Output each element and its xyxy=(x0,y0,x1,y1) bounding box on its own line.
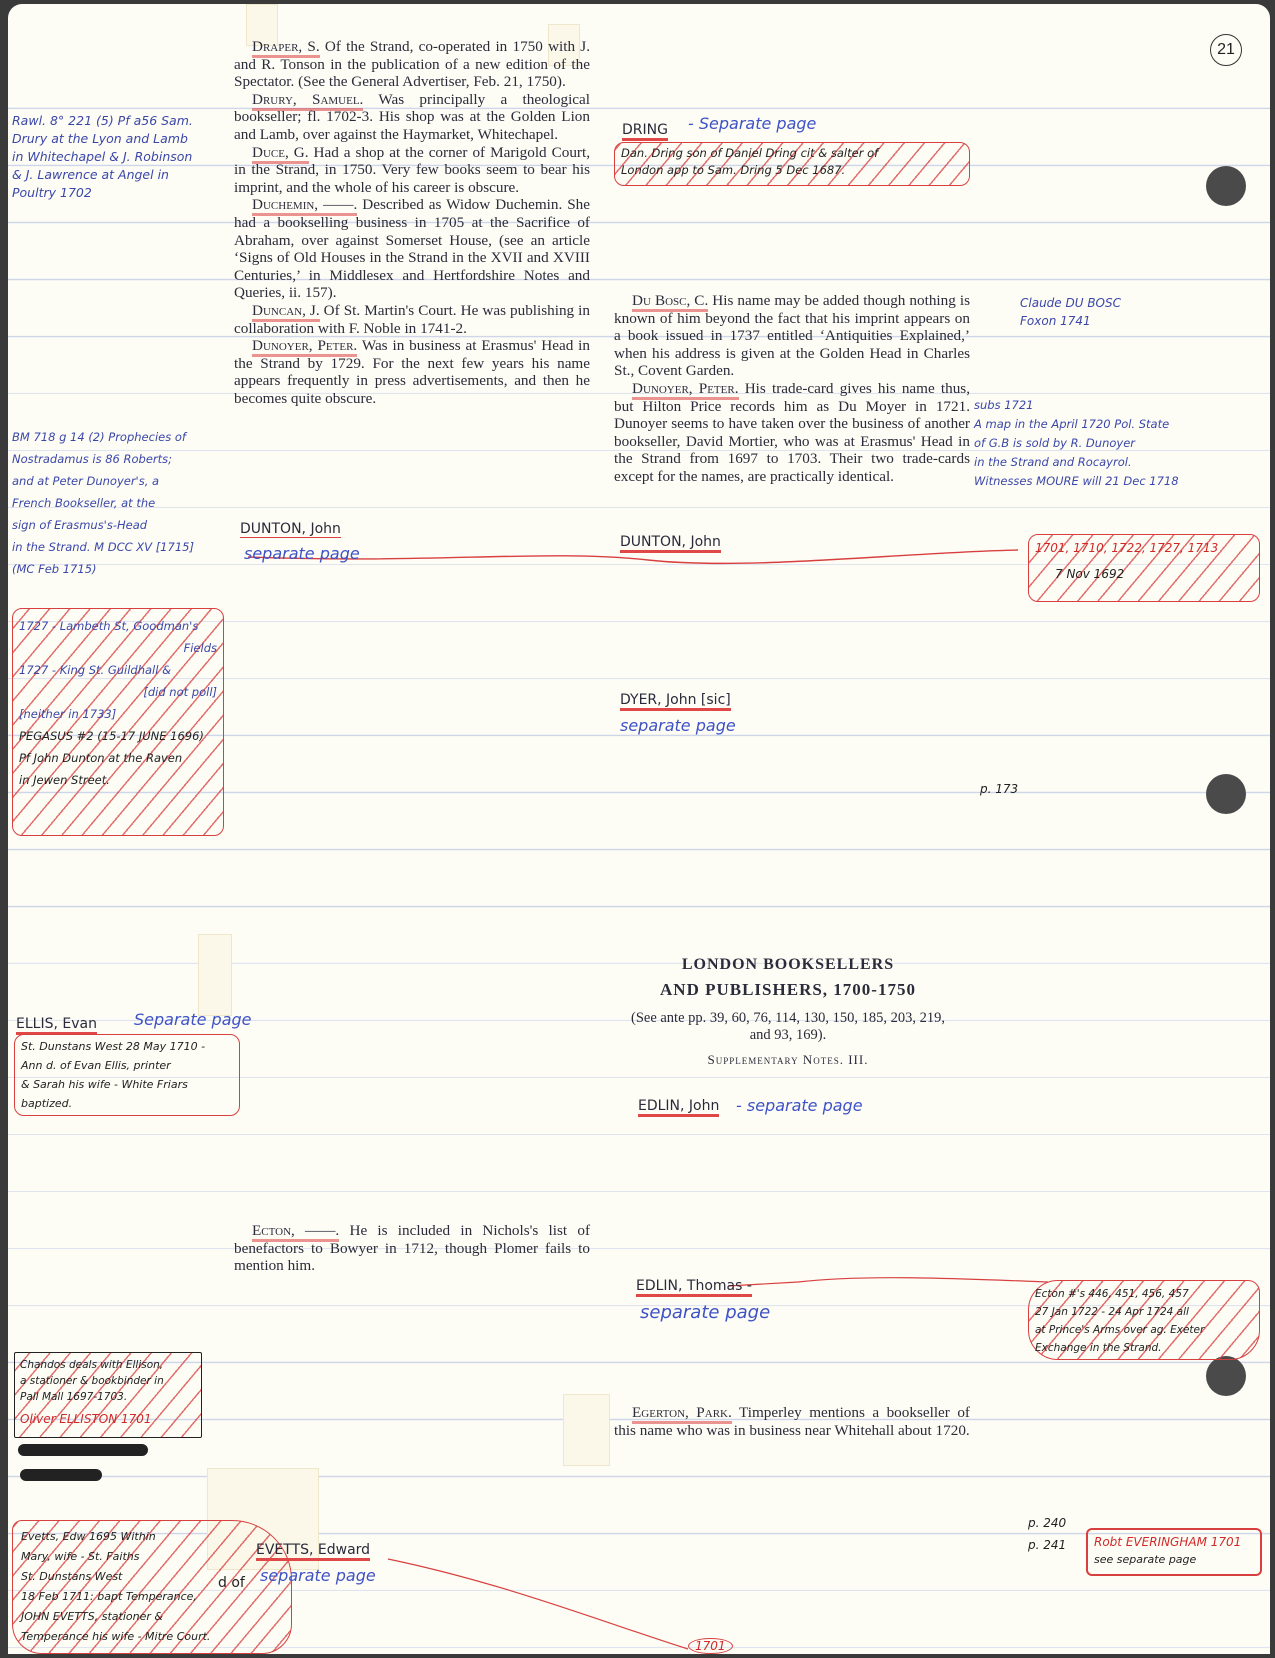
note-line: Chandos deals with Ellison, xyxy=(20,1357,196,1373)
note-line: Pall Mall 1697-1703. xyxy=(20,1389,196,1405)
everingham-box: Robt EVERINGHAM 1701 see separate page xyxy=(1086,1528,1262,1576)
dunton-separate-page: separate page xyxy=(244,544,360,563)
evetts-name: EVETTS, Edward xyxy=(256,1542,370,1561)
edlin-note-box: Ecton #'s 446, 451, 456, 457 27 Jan 1722… xyxy=(1028,1280,1260,1360)
note-line: at Prince's Arms over ag. Exeter xyxy=(1035,1321,1253,1339)
note-line: Claude DU BOSC xyxy=(1020,294,1121,312)
handwritten-dunoyer-note: subs 1721 A map in the April 1720 Pol. S… xyxy=(974,396,1264,491)
handwritten-drury-note: Rawl. 8° 221 (5) Pf a56 Sam. Drury at th… xyxy=(12,112,232,202)
note-line: JOHN EVETTS, stationer & xyxy=(21,1607,283,1627)
ellis-name: ELLIS, Evan xyxy=(16,1016,97,1035)
heading-line-2: AND PUBLISHERS, 1700-1750 xyxy=(608,980,968,1000)
elliston-name: Oliver ELLISTON 1701 xyxy=(20,1411,196,1427)
handwritten-dubosc-note: Claude DU BOSC Foxon 1741 xyxy=(1020,294,1121,330)
heading-line-1: LONDON BOOKSELLERS xyxy=(608,956,968,974)
scribbled-out-text xyxy=(20,1469,102,1481)
note-line: sign of Erasmus's-Head xyxy=(12,514,232,536)
note-line: in Jewen Street. xyxy=(19,769,217,791)
ellis-separate-page: Separate page xyxy=(134,1010,252,1029)
evetts-note-box: Evetts, Edw 1695 Within Mary, wife - St.… xyxy=(12,1520,292,1654)
note-line: & Sarah his wife - White Friars xyxy=(21,1075,233,1094)
note-line: p. 241 xyxy=(1028,1534,1066,1556)
ellis-note-box: St. Dunstans West 28 May 1710 - Ann d. o… xyxy=(14,1034,240,1116)
edlin-thomas-name: EDLIN, Thomas - xyxy=(636,1278,752,1297)
evetts-year-circle: 1701 xyxy=(688,1638,733,1654)
note-line: in the Strand. M DCC XV [1715] xyxy=(12,536,232,558)
note-line: Dan. Dring son of Daniel Dring cit & sal… xyxy=(621,145,963,162)
printed-clipping-ecton: Ecton, ——. He is included in Nichols's l… xyxy=(234,1222,590,1275)
evetts-separate-page: separate page xyxy=(260,1566,376,1585)
note-line: Foxon 1741 xyxy=(1020,312,1121,330)
note-line: p. 240 xyxy=(1028,1512,1066,1534)
dunton-left-name: DUNTON, John xyxy=(240,521,341,538)
note-line: A map in the April 1720 Pol. State xyxy=(974,415,1264,434)
heading-references: (See ante pp. 39, 60, 76, 114, 130, 150,… xyxy=(620,1010,956,1044)
edlin-thomas-separate-page: separate page xyxy=(640,1302,770,1323)
note-line: baptized. xyxy=(21,1094,233,1113)
note-line: Temperance his wife - Mitre Court. xyxy=(21,1627,283,1647)
note-line: St. Dunstans West 28 May 1710 - xyxy=(21,1037,233,1056)
note-line: PEGASUS #2 (15-17 JUNE 1696) xyxy=(19,725,217,747)
note-line: in the Strand and Rocayrol. xyxy=(974,453,1264,472)
note-line: & J. Lawrence at Angel in xyxy=(12,166,232,184)
note-line: Fields xyxy=(19,637,217,659)
note-line: Pf John Dunton at the Raven xyxy=(19,747,217,769)
page-ref-173: p. 173 xyxy=(980,780,1018,798)
everingham-name: Robt EVERINGHAM 1701 xyxy=(1094,1533,1254,1551)
note-line: in Whitechapel & J. Robinson xyxy=(12,148,232,166)
note-line: Mary, wife - St. Faiths xyxy=(21,1547,283,1567)
section-heading: LONDON BOOKSELLERS AND PUBLISHERS, 1700-… xyxy=(608,956,968,1068)
note-line: Poultry 1702 xyxy=(12,184,232,202)
dunton-address-box: 1727 - Lambeth St, Goodman's Fields 1727… xyxy=(12,608,224,836)
note-line: (MC Feb 1715) xyxy=(12,558,232,580)
dyer-separate-page: separate page xyxy=(620,716,736,735)
printed-clipping-egerton: Egerton, Park. Timperley mentions a book… xyxy=(614,1404,970,1439)
note-line: of G.B is sold by R. Dunoyer xyxy=(974,434,1264,453)
note-line: 1727 - King St. Guildhall & xyxy=(19,659,217,681)
notebook-page: 21 Draper, S. Of the Strand, co-operated… xyxy=(8,4,1270,1654)
dyer-name: DYER, John [sic] xyxy=(620,692,731,711)
everingham-separate-page: see separate page xyxy=(1094,1551,1254,1569)
heading-subtitle: Supplementary Notes. III. xyxy=(608,1052,968,1068)
note-line: 27 Jan 1722 - 24 Apr 1724 all xyxy=(1035,1303,1253,1321)
note-line: London app to Sam. Dring 5 Dec 1687. xyxy=(621,162,963,179)
printed-clipping-right: Du Bosc, C. His name may be added though… xyxy=(614,292,970,486)
note-line: Ann d. of Evan Ellis, printer xyxy=(21,1056,233,1075)
note-line: and at Peter Dunoyer's, a xyxy=(12,470,232,492)
note-line: a stationer & bookbinder in xyxy=(20,1373,196,1389)
dunton-right-name: DUNTON, John xyxy=(620,534,721,553)
dring-separate-page: - Separate page xyxy=(688,114,816,133)
dring-name: DRING xyxy=(622,122,668,141)
dring-note-box: Dan. Dring son of Daniel Dring cit & sal… xyxy=(614,142,970,186)
note-line: 1701, 1710, 1722, 1727, 1713 xyxy=(1035,539,1253,557)
note-line: Witnesses MOURE will 21 Dec 1718 xyxy=(974,472,1264,491)
note-line: Evetts, Edw 1695 Within xyxy=(21,1527,283,1547)
dunton-years-box: 1701, 1710, 1722, 1727, 1713 7 Nov 1692 xyxy=(1028,534,1260,602)
dof-label: d of xyxy=(218,1574,245,1592)
note-line: Nostradamus is 86 Roberts; xyxy=(12,448,232,470)
handwritten-nostradamus-note: BM 718 g 14 (2) Prophecies of Nostradamu… xyxy=(12,426,232,580)
note-line: [neither in 1733] xyxy=(19,703,217,725)
scribbled-out-text xyxy=(18,1444,148,1456)
note-line: 7 Nov 1692 xyxy=(1055,565,1253,583)
note-line: BM 718 g 14 (2) Prophecies of xyxy=(12,426,232,448)
note-line: French Bookseller, at the xyxy=(12,492,232,514)
page-refs-240-241: p. 240 p. 241 xyxy=(1028,1512,1066,1556)
note-line: Ecton #'s 446, 451, 456, 457 xyxy=(1035,1285,1253,1303)
note-line: Rawl. 8° 221 (5) Pf a56 Sam. xyxy=(12,112,232,130)
note-line: Drury at the Lyon and Lamb xyxy=(12,130,232,148)
note-line: Exchange in the Strand. xyxy=(1035,1339,1253,1357)
note-line: [did not poll] xyxy=(19,681,217,703)
printed-clipping-left: Draper, S. Of the Strand, co-operated in… xyxy=(234,38,590,407)
chandos-elliston-box: Chandos deals with Ellison, a stationer … xyxy=(14,1352,202,1438)
note-line: 1727 - Lambeth St, Goodman's xyxy=(19,615,217,637)
edlin-john-name: EDLIN, John xyxy=(638,1098,719,1117)
edlin-john-separate-page: - separate page xyxy=(736,1096,863,1115)
note-line: subs 1721 xyxy=(974,396,1264,415)
